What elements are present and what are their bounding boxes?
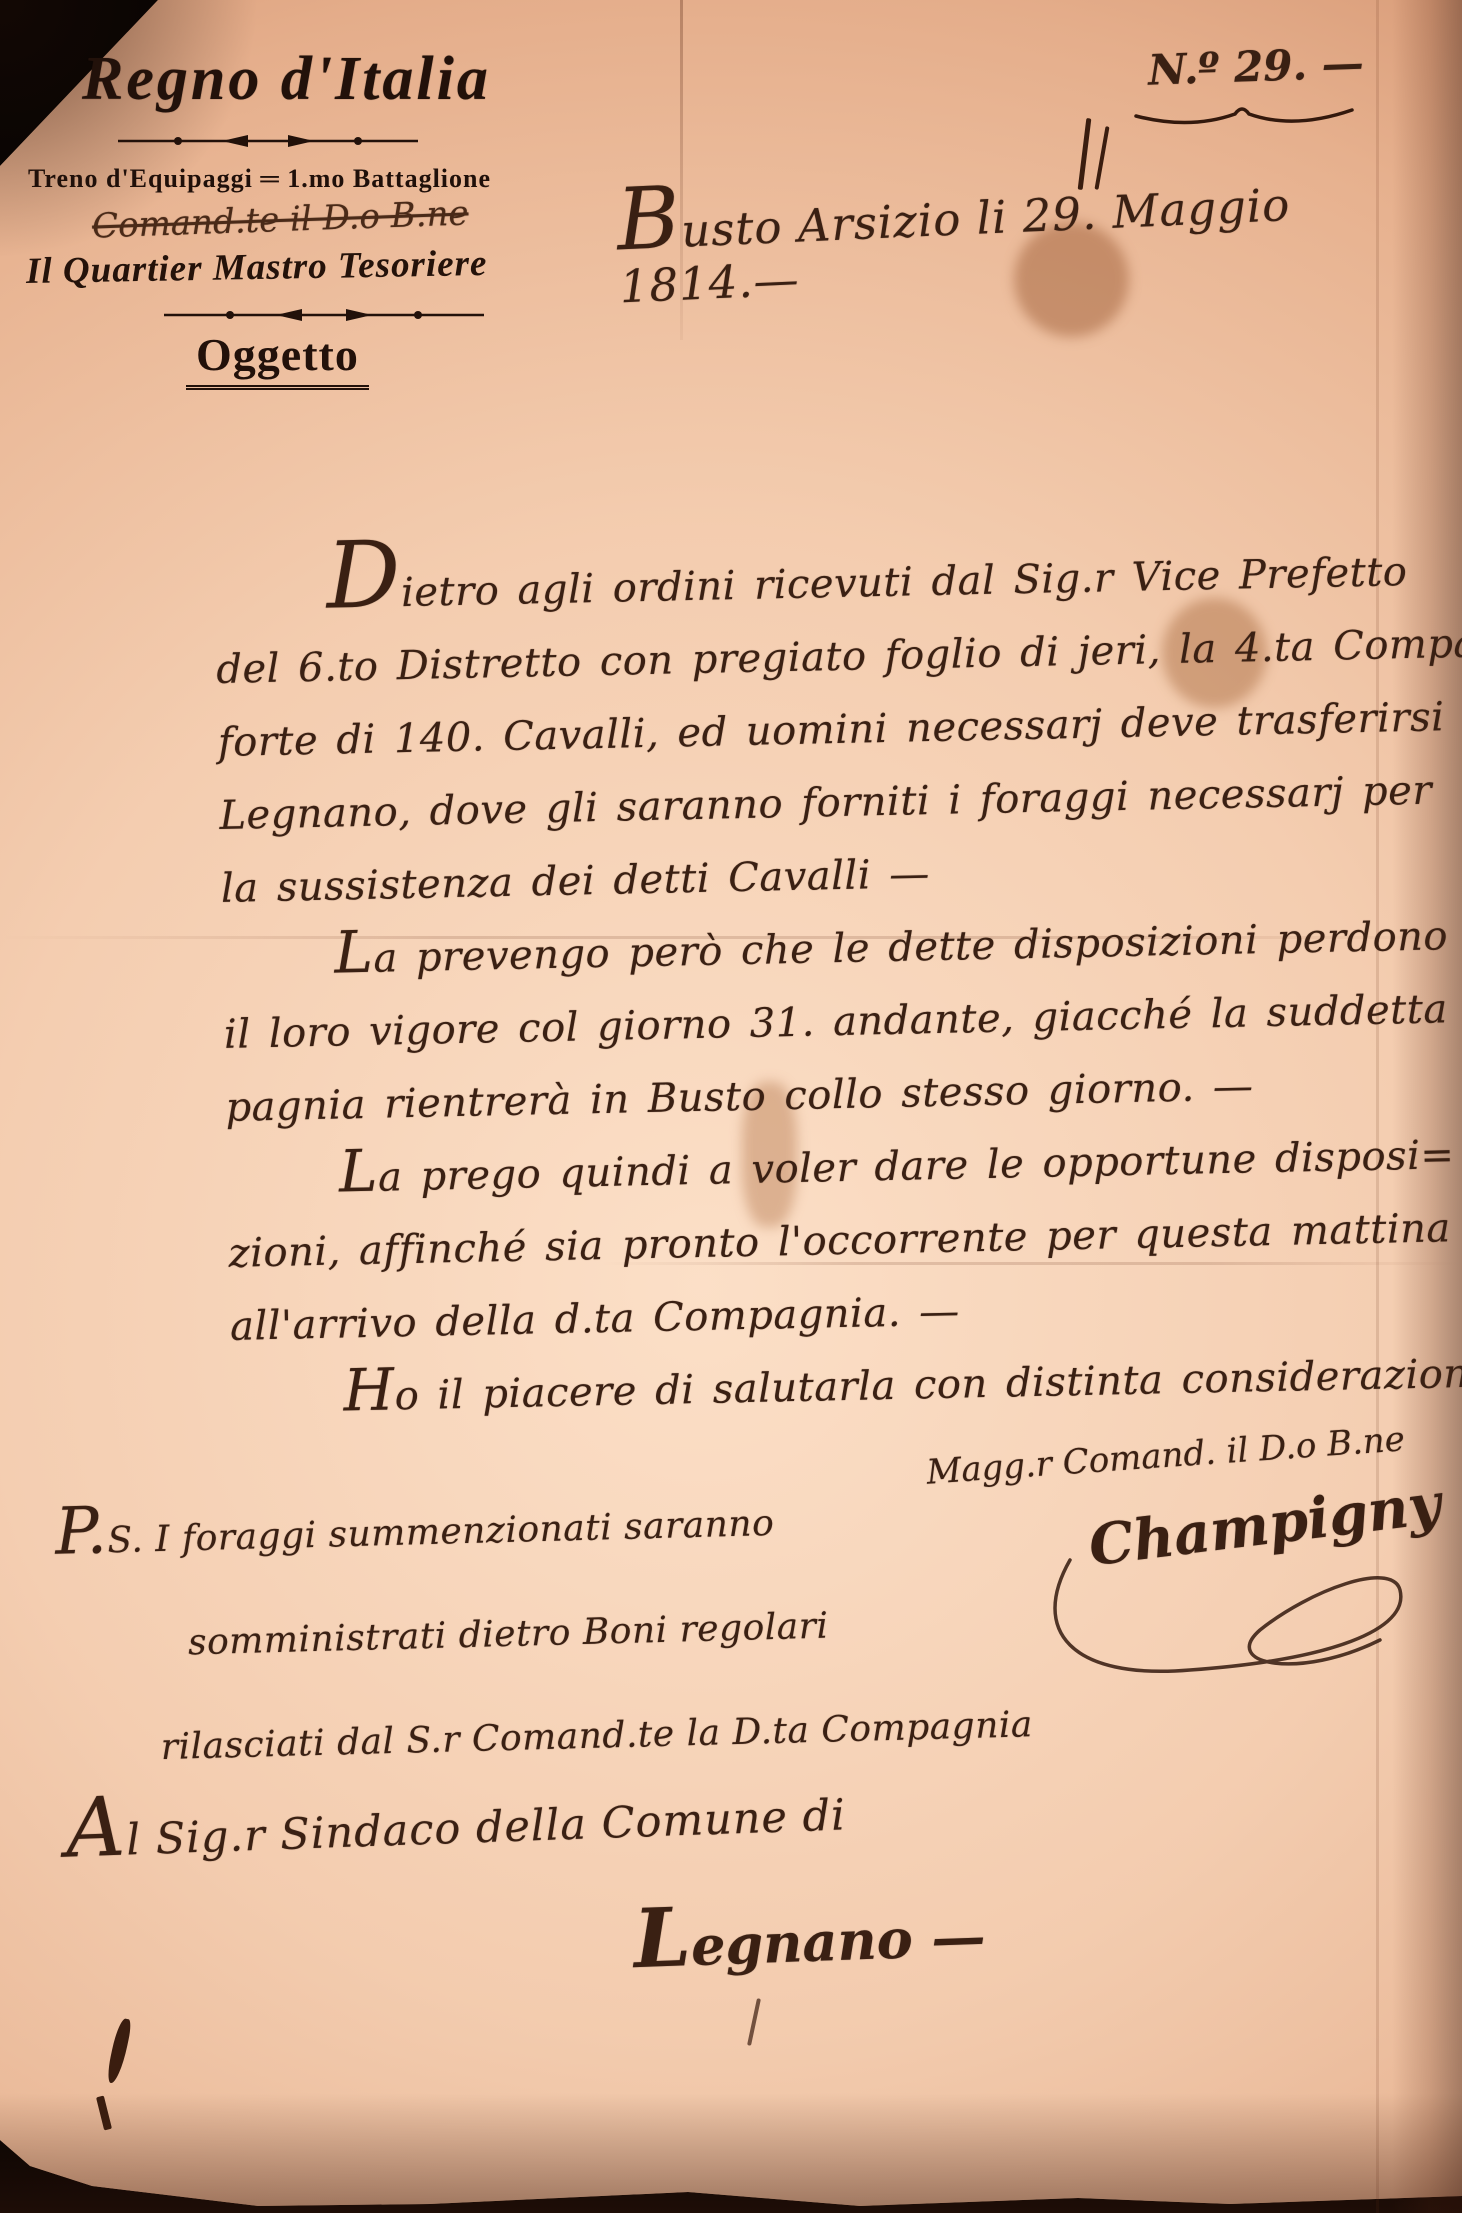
- ornament-rule-icon: [118, 132, 418, 150]
- signature-flourish-icon: [1010, 1520, 1430, 1700]
- letterhead-kingdom-title: Regno d'Italia: [82, 44, 491, 115]
- ornament-rule-icon: [164, 306, 484, 324]
- subject-label: Oggetto: [186, 328, 369, 390]
- letterhead-office-line: Il Quartier Mastro Tesoriere: [26, 242, 488, 293]
- letterhead-unit-line: Treno d'Equipaggi ═ 1.mo Battaglione: [28, 164, 491, 194]
- document-number: N.º 29. —: [1147, 38, 1364, 94]
- address-place: Legnano —: [633, 1904, 986, 1980]
- postscript: P.S. I foraggi summenzionati saranno som…: [54, 1465, 1034, 1802]
- letter-body: Dietro agli ordini ricevuti dal Sig.r Vi…: [214, 530, 1462, 1437]
- letter-photograph: Regno d'Italia Treno d'Equipaggi ═ 1.mo …: [0, 0, 1462, 2213]
- flourish-underline-icon: [1130, 100, 1360, 126]
